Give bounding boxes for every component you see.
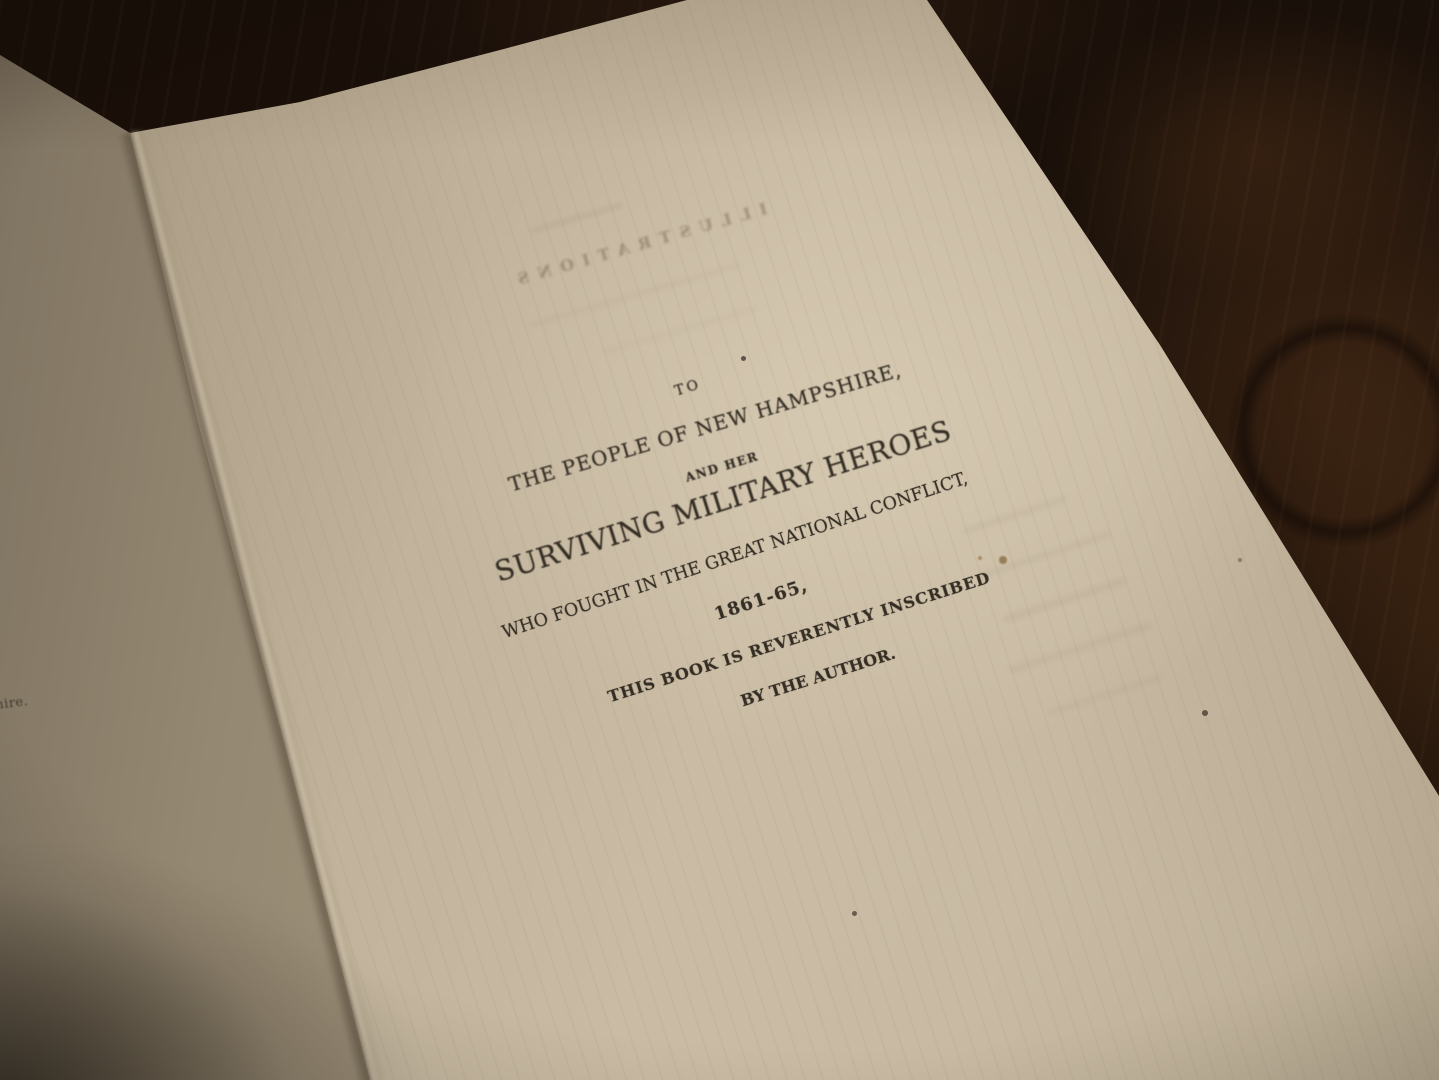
left-page-text-fragment: shire.: [0, 689, 69, 714]
ghost-showthrough-text: ILLUSTRATIONS: [507, 199, 770, 291]
dedication-line-2: THE PEOPLE OF NEW HAMPSHIRE,: [506, 357, 904, 496]
paper-speck: [741, 356, 746, 361]
ghost-smudge: [962, 495, 1069, 536]
ghost-smudge: [1002, 576, 1128, 624]
paper-speck: [1238, 558, 1242, 562]
ghost-smudge: [1047, 673, 1163, 717]
photo-open-book: shire. ILLUSTRATIONS TOTHE PEOPLE OF NEW…: [0, 0, 1439, 1080]
dedication-line-5: WHO FOUGHT IN THE GREAT NATIONAL CONFLIC…: [500, 469, 971, 643]
ghost-smudge: [1007, 621, 1152, 675]
dedication-line-6: 1861-65,: [712, 575, 811, 625]
ghost-smudge: [531, 202, 624, 234]
dedication-line-7: THIS BOOK IS REVERENTLY INSCRIBED: [605, 568, 992, 706]
paper-speck: [978, 556, 982, 560]
ghost-smudge: [602, 305, 757, 355]
dedication-line-4: SURVIVING MILITARY HEROES: [491, 414, 955, 589]
paper-speck: [999, 556, 1007, 564]
dedication-line-8: BY THE AUTHOR.: [738, 644, 897, 711]
dedication-line-1: TO: [673, 376, 703, 399]
paper-speck: [852, 911, 857, 916]
dedication-line-3: AND HER: [684, 449, 761, 485]
ghost-smudge: [977, 530, 1112, 580]
ghost-smudge: [528, 262, 741, 328]
paper-speck: [1202, 710, 1208, 716]
